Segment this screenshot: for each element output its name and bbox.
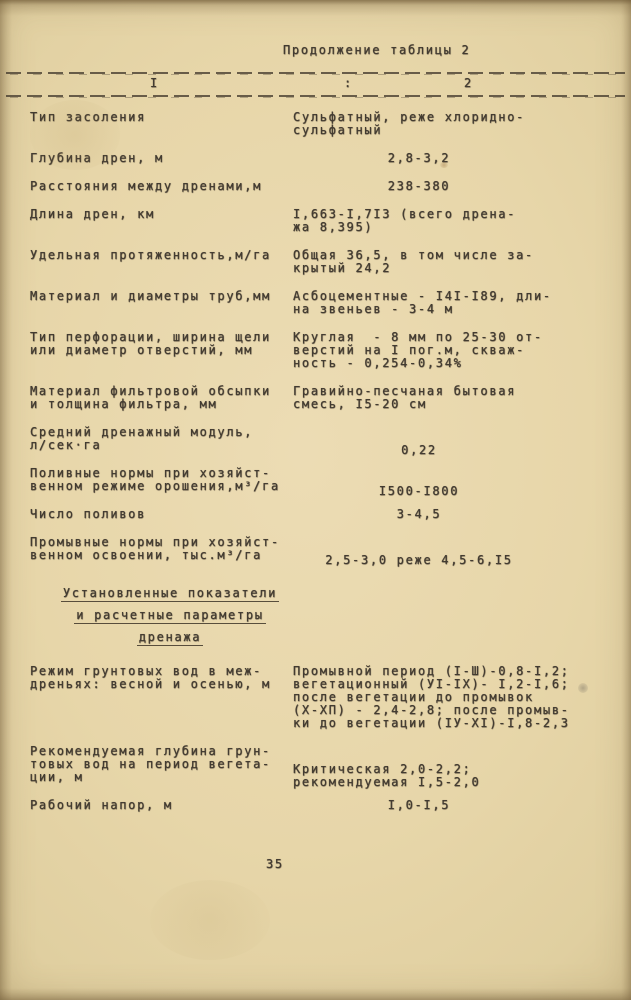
row-value: Сульфатный, реже хлоридно- сульфатный — [293, 111, 603, 137]
row-value: 2,8-3,2 — [293, 152, 603, 165]
table-row: Глубина дрен, м2,8-3,2 — [30, 152, 627, 165]
row-label: Расстояния между дренами,м — [30, 180, 293, 193]
section-heading-line: дренажа — [30, 626, 310, 648]
table-row: Число поливов3-4,5 — [30, 508, 627, 521]
row-value: 2,5-3,0 реже 4,5-6,I5 — [293, 554, 603, 567]
row-label: Рекомендуемая глубина грун- товых вод на… — [30, 745, 293, 784]
table-row: Расстояния между дренами,м238-380 — [30, 180, 627, 193]
row-label: Промывные нормы при хозяйст- венном осво… — [30, 536, 293, 562]
row-value: Промывной период (I-Ш)-0,8-I,2; вегетаци… — [293, 665, 603, 730]
table-row: Материал фильтровой обсыпки и толщина фи… — [30, 385, 627, 411]
row-label: Режим грунтовых вод в меж- дреньях: весн… — [30, 665, 293, 691]
table-row: Рабочий напор, мI,0-I,5 — [30, 799, 627, 812]
row-value: Круглая - 8 мм по 25-30 от- верстий на I… — [293, 331, 603, 370]
section-heading-line: и расчетные параметры — [30, 604, 310, 626]
row-label: Тип перфорации, ширина щели или диаметр … — [30, 331, 293, 357]
row-value: Критическая 2,0-2,2; рекомендуемая I,5-2… — [293, 763, 603, 789]
table-row: Длина дрен, кмI,663-I,7I3 (всего дрена- … — [30, 208, 627, 234]
row-value: I,663-I,7I3 (всего дрена- жа 8,395) — [293, 208, 603, 234]
table-row: Режим грунтовых вод в меж- дреньях: весн… — [30, 665, 627, 730]
row-label: Длина дрен, км — [30, 208, 293, 221]
table-row: Поливные нормы при хозяйст- венном режим… — [30, 467, 627, 493]
table-row: Средний дренажный модуль, л/сек·га0,22 — [30, 426, 627, 452]
paper-stain — [150, 880, 270, 960]
table-row: Промывные нормы при хозяйст- венном осво… — [30, 536, 627, 562]
row-value: 238-380 — [293, 180, 603, 193]
column-header-1: I — [150, 77, 159, 90]
row-value: Гравийно-песчаная бытовая смесь, I5-20 с… — [293, 385, 603, 411]
page-number: 35 — [266, 858, 284, 871]
row-label: Глубина дрен, м — [30, 152, 293, 165]
table-row: Материал и диаметры труб,ммАсбоцементные… — [30, 290, 627, 316]
page-title: Продолжение таблицы 2 — [283, 0, 631, 57]
row-label: Рабочий напор, м — [30, 799, 293, 812]
table-row: Удельная протяженность,м/гаОбщая 36,5, в… — [30, 249, 627, 275]
column-separator: : — [344, 77, 353, 90]
row-label: Поливные нормы при хозяйст- венном режим… — [30, 467, 293, 493]
scanned-document-page: Продолжение таблицы 2 I : 2 Тип засолени… — [0, 0, 631, 1000]
table-body: Тип засоленияСульфатный, реже хлоридно- … — [0, 111, 631, 812]
row-value: Асбоцементные - I4I-I89, дли- на звеньев… — [293, 290, 603, 316]
column-header-2: 2 — [464, 77, 473, 90]
table-row: Рекомендуемая глубина грун- товых вод на… — [30, 745, 627, 784]
row-label: Материал и диаметры труб,мм — [30, 290, 293, 303]
section-heading-text: Установленные показатели — [61, 586, 279, 602]
row-label: Тип засоления — [30, 111, 293, 124]
row-value: I500-I800 — [293, 485, 603, 498]
row-value: Общая 36,5, в том числе за- крытый 24,2 — [293, 249, 603, 275]
row-label: Число поливов — [30, 508, 293, 521]
row-value: I,0-I,5 — [293, 799, 603, 812]
row-value: 0,22 — [293, 444, 603, 457]
table-row: Тип перфорации, ширина щели или диаметр … — [30, 331, 627, 370]
row-label: Средний дренажный модуль, л/сек·га — [30, 426, 293, 452]
table-rule-bottom — [6, 95, 625, 98]
row-label: Материал фильтровой обсыпки и толщина фи… — [30, 385, 293, 411]
section-heading-text: и расчетные параметры — [74, 608, 265, 624]
section-heading-text: дренажа — [137, 630, 203, 646]
row-value: 3-4,5 — [293, 508, 603, 521]
row-label: Удельная протяженность,м/га — [30, 249, 293, 262]
section-heading: Установленные показателии расчетные пара… — [30, 582, 310, 648]
column-header-row: I : 2 — [0, 75, 631, 92]
table-row: Тип засоленияСульфатный, реже хлоридно- … — [30, 111, 627, 137]
section-heading-line: Установленные показатели — [30, 582, 310, 604]
